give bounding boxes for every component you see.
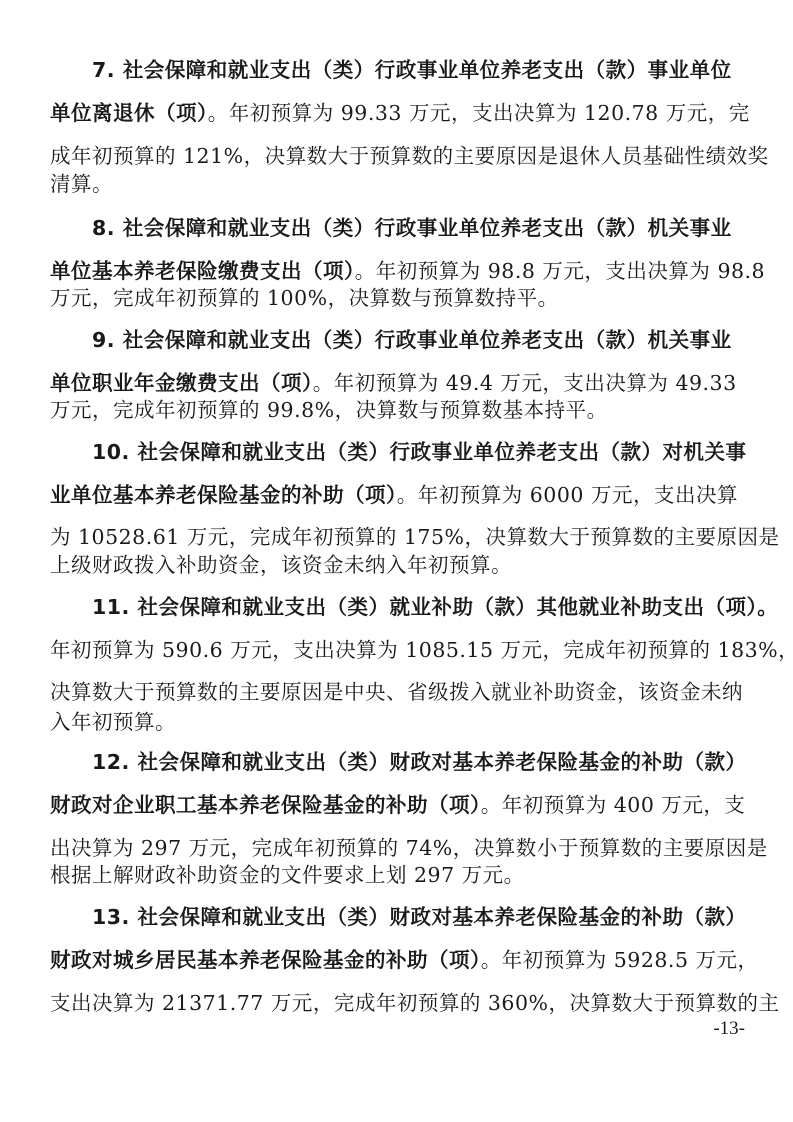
item-10-line-3: 为 10528.61 万元，完成年初预算的 175%，决算数大于预算数的主要原因… — [50, 523, 750, 551]
item-13-heading: 13. 社会保障和就业支出（类）财政对基本养老保险基金的补助（款） — [92, 905, 746, 929]
item-9-text: 万元，完成年初预算的 99.8%，决算数与预算数基本持平。 — [50, 398, 608, 422]
item-11-line-3: 决算数大于预算数的主要原因是中央、省级拨入就业补助资金，该资金未纳 — [50, 678, 750, 706]
item-11-text: 决算数大于预算数的主要原因是中央、省级拨入就业补助资金，该资金未纳 — [50, 680, 743, 704]
item-12-heading-cont: 财政对企业职工基本养老保险基金的补助（项） — [50, 793, 481, 817]
item-13-line-1: 13. 社会保障和就业支出（类）财政对基本养老保险基金的补助（款） — [92, 903, 752, 931]
item-13-heading-cont: 财政对城乡居民基本养老保险基金的补助（项） — [50, 948, 481, 972]
item-7-line-3: 成年初预算的 121%，决算数大于预算数的主要原因是退休人员基础性绩效奖 — [50, 142, 750, 170]
item-11-text: 入年初预算。 — [50, 710, 176, 734]
item-7-text: 。年初预算为 99.33 万元，支出决算为 120.78 万元，完 — [208, 101, 750, 125]
item-7-line-4: 清算。 — [50, 170, 750, 198]
item-7-text: 成年初预算的 121%，决算数大于预算数的主要原因是退休人员基础性绩效奖 — [50, 144, 769, 168]
item-11-line-2: 年初预算为 590.6 万元，支出决算为 1085.15 万元，完成年初预算的 … — [50, 636, 750, 664]
item-10-line-1: 10. 社会保障和就业支出（类）行政事业单位养老支出（款）对机关事 — [92, 438, 752, 466]
item-12-heading: 12. 社会保障和就业支出（类）财政对基本养老保险基金的补助（款） — [92, 750, 746, 774]
item-10-heading-cont: 业单位基本养老保险基金的补助（项） — [50, 483, 397, 507]
item-13-line-3: 支出决算为 21371.77 万元，完成年初预算的 360%，决算数大于预算数的… — [50, 989, 750, 1017]
item-9-line-1: 9. 社会保障和就业支出（类）行政事业单位养老支出（款）机关事业 — [92, 326, 752, 354]
item-11-heading: 11. 社会保障和就业支出（类）就业补助（款）其他就业补助支出（项）。 — [92, 595, 778, 619]
item-8-heading-cont: 单位基本养老保险缴费支出（项） — [50, 259, 355, 283]
item-11-text: 年初预算为 590.6 万元，支出决算为 1085.15 万元，完成年初预算的 … — [50, 638, 793, 662]
item-8-line-2: 单位基本养老保险缴费支出（项）。年初预算为 98.8 万元，支出决算为 98.8 — [50, 257, 750, 285]
item-7-line-2: 单位离退休（项）。年初预算为 99.33 万元，支出决算为 120.78 万元，… — [50, 99, 750, 127]
item-8-line-1: 8. 社会保障和就业支出（类）行政事业单位养老支出（款）机关事业 — [92, 214, 752, 242]
item-9-line-2: 单位职业年金缴费支出（项）。年初预算为 49.4 万元，支出决算为 49.33 — [50, 369, 750, 397]
item-12-text: 出决算为 297 万元，完成年初预算的 74%，决算数小于预算数的主要原因是 — [50, 836, 768, 860]
item-8-heading: 8. 社会保障和就业支出（类）行政事业单位养老支出（款）机关事业 — [92, 216, 732, 240]
item-8-text: 。年初预算为 98.8 万元，支出决算为 98.8 — [355, 259, 765, 283]
item-7-heading: 7. 社会保障和就业支出（类）行政事业单位养老支出（款）事业单位 — [92, 58, 732, 82]
item-12-line-3: 出决算为 297 万元，完成年初预算的 74%，决算数小于预算数的主要原因是 — [50, 834, 750, 862]
item-10-text: 为 10528.61 万元，完成年初预算的 175%，决算数大于预算数的主要原因… — [50, 525, 779, 549]
item-9-heading-cont: 单位职业年金缴费支出（项） — [50, 371, 313, 395]
item-12-text: 。年初预算为 400 万元，支 — [481, 793, 746, 817]
item-9-line-3: 万元，完成年初预算的 99.8%，决算数与预算数基本持平。 — [50, 396, 750, 424]
item-13-line-2: 财政对城乡居民基本养老保险基金的补助（项）。年初预算为 5928.5 万元， — [50, 946, 750, 974]
item-10-line-2: 业单位基本养老保险基金的补助（项）。年初预算为 6000 万元，支出决算 — [50, 481, 750, 509]
item-12-line-4: 根据上解财政补助资金的文件要求上划 297 万元。 — [50, 861, 750, 889]
item-9-text: 。年初预算为 49.4 万元，支出决算为 49.33 — [313, 371, 737, 395]
item-11-line-1: 11. 社会保障和就业支出（类）就业补助（款）其他就业补助支出（项）。 — [92, 593, 752, 621]
item-8-text: 万元，完成年初预算的 100%，决算数与预算数持平。 — [50, 286, 559, 310]
item-8-line-3: 万元，完成年初预算的 100%，决算数与预算数持平。 — [50, 284, 750, 312]
item-10-heading: 10. 社会保障和就业支出（类）行政事业单位养老支出（款）对机关事 — [92, 440, 746, 464]
page-number: -13- — [713, 1018, 745, 1040]
item-7-text: 清算。 — [50, 172, 113, 196]
item-11-line-4: 入年初预算。 — [50, 708, 750, 736]
item-12-text: 根据上解财政补助资金的文件要求上划 297 万元。 — [50, 863, 525, 887]
item-13-text: 支出决算为 21371.77 万元，完成年初预算的 360%，决算数大于预算数的… — [50, 991, 779, 1015]
item-9-heading: 9. 社会保障和就业支出（类）行政事业单位养老支出（款）机关事业 — [92, 328, 732, 352]
item-7-heading-cont: 单位离退休（项） — [50, 101, 208, 125]
item-13-text: 。年初预算为 5928.5 万元， — [481, 948, 759, 972]
item-10-text: 。年初预算为 6000 万元，支出决算 — [397, 483, 738, 507]
item-7-line-1: 7. 社会保障和就业支出（类）行政事业单位养老支出（款）事业单位 — [92, 56, 752, 84]
item-10-text: 上级财政拨入补助资金，该资金未纳入年初预算。 — [50, 553, 512, 577]
item-12-line-2: 财政对企业职工基本养老保险基金的补助（项）。年初预算为 400 万元，支 — [50, 791, 750, 819]
item-12-line-1: 12. 社会保障和就业支出（类）财政对基本养老保险基金的补助（款） — [92, 748, 752, 776]
item-10-line-4: 上级财政拨入补助资金，该资金未纳入年初预算。 — [50, 551, 750, 579]
